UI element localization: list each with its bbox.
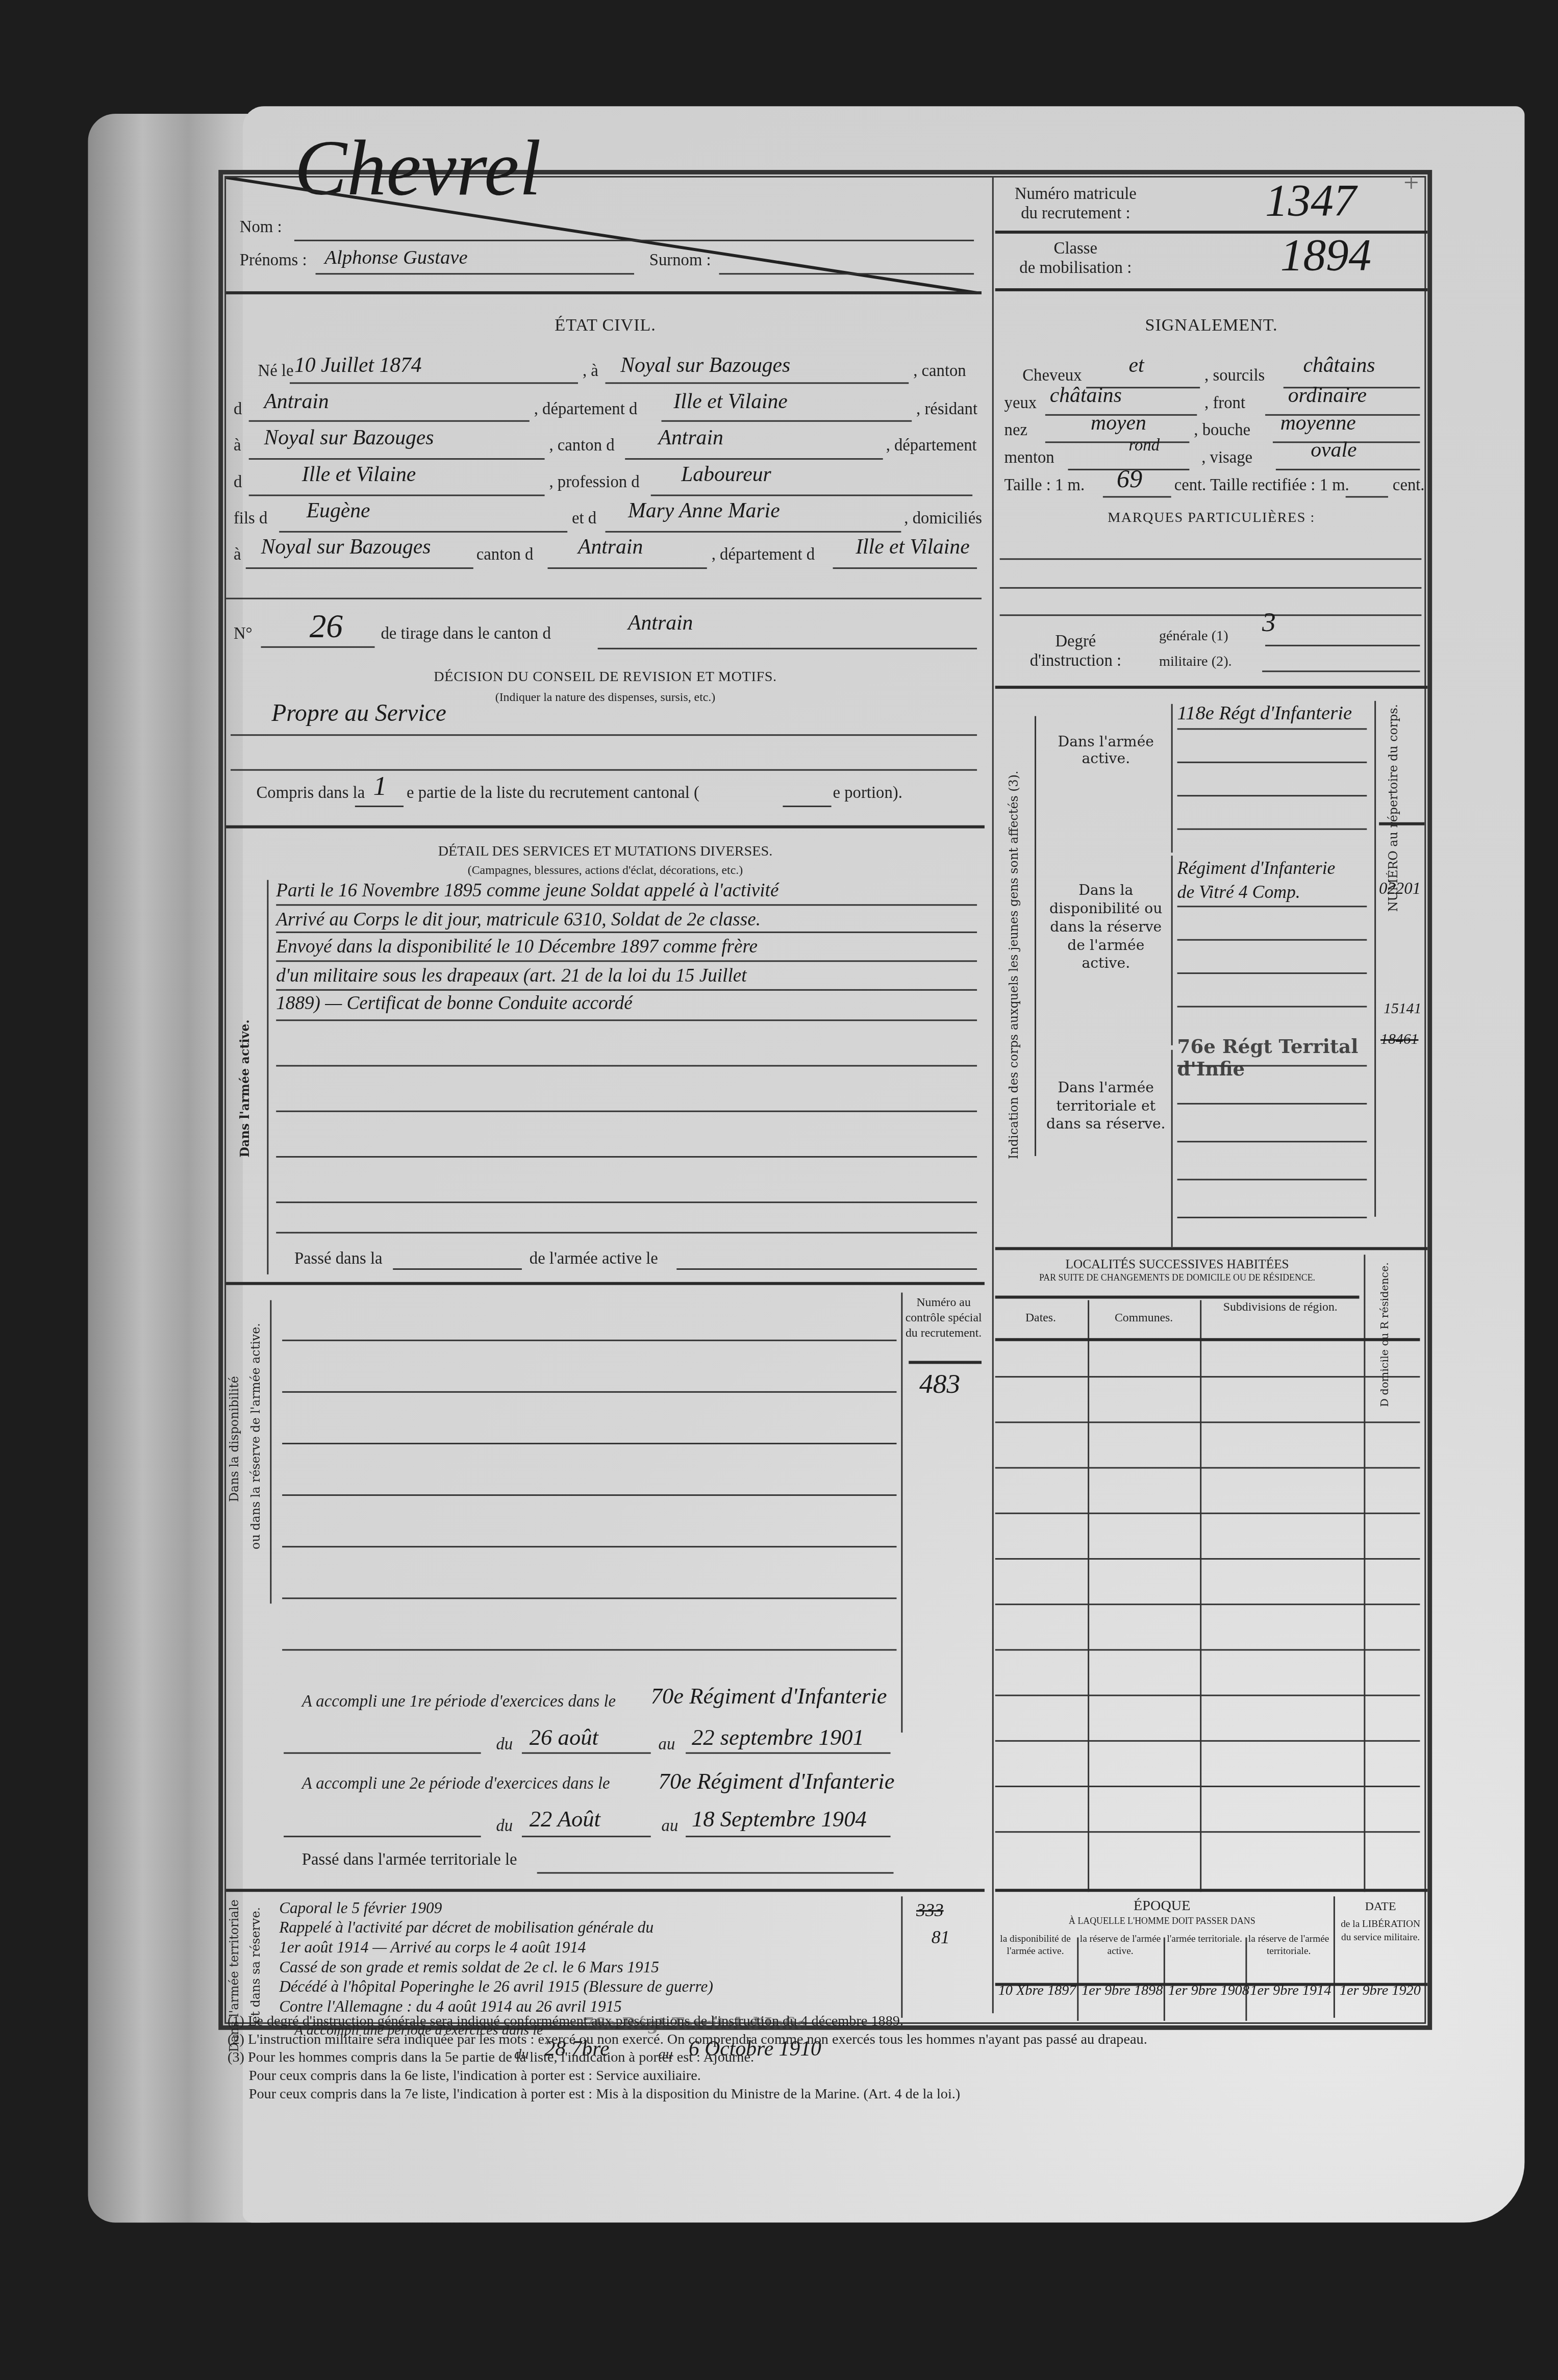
line — [1177, 795, 1367, 796]
epoque-subtitle: À LAQUELLE L'HOMME DOIT PASSER DANS — [995, 1918, 1329, 1927]
bracket — [1035, 716, 1036, 1156]
line — [276, 1065, 977, 1067]
periode2-unit[interactable]: 70e Régiment d'Infanterie — [659, 1766, 917, 1800]
line — [276, 904, 977, 906]
passe-territoriale-label: Passé dans l'armée territoriale le — [302, 1851, 517, 1869]
line — [1000, 614, 1422, 616]
line — [662, 420, 912, 422]
epoque-value-disponibilite[interactable]: 10 Xbre 1897 — [998, 1985, 1076, 2000]
line — [276, 1111, 977, 1112]
line — [1177, 1217, 1367, 1218]
line — [261, 646, 374, 648]
line — [537, 1872, 894, 1874]
line — [1177, 1103, 1367, 1105]
line — [1262, 670, 1420, 672]
line — [1265, 645, 1420, 646]
surnom-label: Surnom : — [649, 252, 711, 270]
line — [284, 1752, 481, 1754]
service-line: Décédé à l'hôpital Poperinghe le 26 avri… — [279, 1978, 901, 1998]
divider — [226, 1282, 985, 1285]
line — [1177, 762, 1367, 763]
departement-label: , département d — [534, 400, 638, 419]
line — [686, 1836, 890, 1837]
controle-label: Numéro au contrôle spécial du recrutemen… — [904, 1296, 983, 1341]
a-label: , à — [583, 363, 598, 381]
parents-residence[interactable]: Noyal sur Bazouges — [261, 537, 431, 562]
line — [282, 1597, 896, 1599]
divider — [226, 825, 985, 829]
ne-le-label: Né le — [258, 363, 294, 381]
divider — [909, 1361, 982, 1364]
bouche-value[interactable]: moyenne — [1280, 413, 1356, 437]
line — [522, 1836, 651, 1837]
bracket — [267, 880, 268, 1274]
bouche-label: , bouche — [1194, 422, 1250, 440]
line — [284, 1836, 481, 1837]
localites-row — [995, 1649, 1420, 1650]
line — [1177, 1141, 1367, 1142]
line — [1103, 496, 1171, 497]
divider — [226, 598, 982, 599]
service-line: d'un militaire sous les drapeaux (art. 2… — [276, 961, 989, 989]
instruction-label: Degré d'instruction : — [1008, 633, 1144, 672]
footnote: Pour ceux compris dans la 7e liste, l'in… — [228, 2086, 1441, 2105]
line — [1346, 496, 1388, 497]
epoque-col-reserve-active: la réserve de l'armée active. — [1078, 1934, 1162, 1959]
classe-label: Classe de mobilisation : — [1000, 240, 1151, 279]
localites-row — [995, 1831, 1420, 1833]
tirage-label: de tirage dans le canton d — [381, 625, 550, 643]
divider — [1379, 822, 1424, 825]
father-name[interactable]: Eugène — [307, 500, 370, 525]
service-line: Caporal le 5 février 1909 — [279, 1899, 901, 1919]
tirage-no-label: N° — [234, 625, 253, 643]
departement-label: , département — [886, 437, 977, 455]
canton-label: , canton — [913, 363, 966, 381]
residant-label: , résidant — [916, 400, 977, 419]
column-divider — [1200, 1300, 1201, 1892]
divider — [995, 1338, 1420, 1341]
prenoms-value[interactable]: Alphonse Gustave — [324, 246, 467, 270]
cheveux-value[interactable]: et — [1128, 355, 1144, 380]
matricule-value[interactable]: 1347 — [1265, 176, 1356, 228]
epoque-col-disponibilite: la disponibilité de l'armée active. — [995, 1934, 1076, 1959]
nez-value[interactable]: moyen — [1091, 413, 1146, 437]
epoque-value-territoriale[interactable]: 1er 9bre 1908 — [1168, 1985, 1249, 2000]
bracket — [270, 1300, 271, 1604]
disponibilite-side-label-1: Dans la disponibilité — [228, 1376, 241, 1502]
line — [276, 960, 977, 962]
footnote: (1) Le degré d'instruction générale sera… — [228, 2013, 1441, 2032]
service-line: Envoyé dans la disponibilité le 10 Décem… — [276, 933, 989, 961]
menton-label: menton — [1004, 449, 1054, 467]
generale-label: générale (1) — [1159, 630, 1228, 645]
corps-side-label: Indication des corps auxquels les jeunes… — [1008, 704, 1021, 1159]
divider — [226, 1889, 985, 1892]
periode2-from[interactable]: 22 Août — [530, 1809, 600, 1835]
line — [276, 989, 977, 991]
birthplace[interactable]: Noyal sur Bazouges — [620, 355, 790, 380]
departement-label: , département d — [712, 546, 815, 565]
du-label: du — [496, 1736, 513, 1754]
footnote: Pour ceux compris dans la 6e liste, l'in… — [228, 2068, 1441, 2086]
sourcils-value[interactable]: châtains — [1303, 355, 1375, 380]
column-divider — [1088, 1300, 1089, 1892]
surnom-line — [719, 273, 974, 274]
localites-row — [995, 1604, 1420, 1605]
front-label: , front — [1204, 394, 1245, 413]
visage-value[interactable]: ovale — [1311, 440, 1356, 464]
line — [393, 1268, 522, 1270]
taille-rectifiee-label: cent. Taille rectifiée : 1 m. — [1174, 477, 1349, 495]
line — [1177, 728, 1367, 730]
sourcils-label: , sourcils — [1204, 367, 1265, 386]
epoque-value-reserve-territoriale[interactable]: 1er 9bre 1914 — [1250, 1985, 1331, 2000]
residence[interactable]: Noyal sur Bazouges — [264, 428, 434, 453]
yeux-value[interactable]: châtains — [1050, 385, 1122, 410]
corps-line: Régiment d'Infanterie — [1177, 856, 1336, 880]
decision-title: DÉCISION DU CONSEIL DE REVISION ET MOTIF… — [226, 670, 985, 686]
service-line: 1889) — Certificat de bonne Conduite acc… — [276, 989, 989, 1017]
parents-canton[interactable]: Antrain — [578, 537, 643, 562]
classe-value[interactable]: 1894 — [1280, 231, 1371, 282]
line — [686, 1752, 890, 1754]
birth-canton[interactable]: Antrain — [264, 391, 329, 416]
d-label: d — [234, 473, 242, 492]
marques-title: MARQUES PARTICULIÈRES : — [995, 511, 1428, 527]
line — [279, 531, 567, 533]
canton-label: , canton d — [549, 437, 614, 455]
divider — [226, 291, 982, 294]
line — [1177, 1179, 1367, 1181]
localites-subtitle: PAR SUITE DE CHANGEMENTS DE DOMICILE OU … — [995, 1274, 1360, 1284]
parents-departement[interactable]: Ille et Vilaine — [856, 537, 969, 562]
line — [282, 1494, 896, 1496]
line — [598, 648, 977, 649]
canton-d-label: d — [234, 400, 242, 419]
localites-row — [995, 1695, 1420, 1696]
matricule-label: Numéro matricule du recrutement : — [1000, 185, 1151, 224]
line — [249, 458, 545, 460]
nom-line — [294, 240, 974, 241]
line — [625, 458, 883, 460]
territoriale-entries[interactable]: Caporal le 5 février 1909 Rappelé à l'ac… — [279, 1899, 901, 2018]
profession[interactable]: Laboureur — [681, 464, 771, 489]
yeux-label: yeux — [1004, 394, 1037, 413]
corps-line: de Vitré 4 Comp. — [1177, 880, 1336, 905]
line — [249, 494, 545, 496]
disponibilite-side-label-2: ou dans la réserve de l'armée active. — [249, 1323, 263, 1549]
line — [1177, 1065, 1367, 1067]
footnote: (2) L'instruction militaire sera indiqué… — [228, 2032, 1441, 2050]
passe-label: Passé dans la — [294, 1250, 383, 1268]
birth-departement[interactable]: Ille et Vilaine — [673, 391, 787, 416]
active-side-label: Dans l'armée active. — [237, 1019, 252, 1157]
line — [231, 734, 977, 736]
territoriale-side-label-2: et dans sa réserve. — [249, 1907, 263, 2023]
corps-territoriale-numero-struck: 18461 — [1380, 1032, 1418, 1048]
tirage-number[interactable]: 26 — [310, 607, 343, 646]
corps-territoriale-numero[interactable]: 15141 — [1384, 1001, 1421, 1018]
line — [249, 420, 530, 422]
compris-suffix: e partie de la liste du recrutement cant… — [407, 784, 699, 803]
localites-col-communes: Communes. — [1091, 1311, 1197, 1324]
epoque-col-territoriale: l'armée territoriale. — [1165, 1934, 1244, 1946]
divider — [995, 288, 1428, 291]
nom-label: Nom : — [240, 218, 282, 237]
bracket — [1171, 704, 1173, 853]
localites-col-dr: D domicile ou R résidence. — [1379, 1262, 1391, 1407]
line — [282, 1443, 896, 1444]
line — [651, 494, 972, 496]
corps-active-value[interactable]: 118e Régt d'Infanterie — [1177, 701, 1352, 725]
liberation-value[interactable]: 1er 9bre 1920 — [1340, 1985, 1421, 2000]
footnotes: (1) Le degré d'instruction générale sera… — [228, 2013, 1441, 2104]
line — [1177, 972, 1367, 974]
militaire-label: militaire (2). — [1159, 656, 1232, 671]
localites-title: LOCALITÉS SUCCESSIVES HABITÉES — [995, 1256, 1360, 1271]
line — [1177, 829, 1367, 830]
line — [783, 806, 831, 807]
birth-date[interactable]: 10 Juillet 1874 — [294, 355, 422, 380]
decision-value[interactable]: Propre au Service — [271, 701, 446, 729]
line — [282, 1340, 896, 1341]
column-divider — [901, 1896, 902, 2018]
epoque-col-reserve-territoriale: la réserve de l'armée territoriale. — [1247, 1934, 1330, 1959]
bracket — [1171, 1050, 1173, 1247]
line — [290, 382, 578, 384]
localites-row — [995, 1786, 1420, 1787]
localites-row — [995, 1558, 1420, 1560]
au-label: au — [662, 1817, 679, 1836]
compris-value[interactable]: 1 — [373, 771, 387, 803]
line — [606, 531, 901, 533]
du-label: du — [496, 1817, 513, 1836]
fils-label: fils d — [234, 510, 267, 528]
localites-row — [995, 1467, 1420, 1469]
line — [282, 1546, 896, 1547]
service-line: 1er août 1914 — Arrivé au corps le 4 aoû… — [279, 1939, 901, 1959]
line — [355, 806, 404, 807]
line — [676, 1268, 977, 1270]
corner-mark: + — [1402, 167, 1420, 198]
corps-row-label-territoriale: Dans l'armée territoriale et dans sa rés… — [1045, 1080, 1167, 1135]
instruction-generale-value[interactable]: 3 — [1262, 607, 1276, 638]
line — [282, 1649, 896, 1650]
corps-disponibilite-value[interactable]: Régiment d'Infanterie de Vitré 4 Comp. — [1177, 856, 1336, 904]
menton-value[interactable]: rond — [1128, 437, 1160, 455]
divider — [995, 1296, 1360, 1299]
military-record-form: Chevrel Nom : Prénoms : Alphonse Gustave… — [218, 170, 1432, 2030]
periode2-to[interactable]: 18 Septembre 1904 — [692, 1809, 867, 1835]
line — [1000, 587, 1422, 589]
visage-label: , visage — [1201, 449, 1252, 467]
line — [276, 1232, 977, 1234]
corps-row-label-disponibilite: Dans la disponibilité ou dans la réserve… — [1045, 883, 1167, 974]
periode1-unit[interactable]: 70e Régiment d'Infanterie — [651, 1681, 909, 1716]
localites-row — [995, 1740, 1420, 1742]
periode1-from[interactable]: 26 août — [530, 1726, 598, 1752]
residence-departement[interactable]: Ille et Vilaine — [302, 464, 416, 489]
nez-label: nez — [1004, 422, 1027, 440]
compris-label: Compris dans la — [257, 784, 365, 803]
etat-civil-title: ÉTAT CIVIL. — [226, 317, 985, 336]
profession-label: , profession d — [549, 473, 639, 492]
domicilies-label: , domiciliés — [904, 510, 982, 528]
localites-col-subdivisions: Subdivisions de région. — [1204, 1300, 1356, 1314]
periode2-label: A accompli une 2e période d'exercices da… — [302, 1775, 610, 1793]
line — [276, 1019, 977, 1021]
localites-row — [995, 1513, 1420, 1514]
line — [231, 769, 977, 771]
tirage-canton[interactable]: Antrain — [628, 613, 693, 637]
portion-suffix: e portion). — [833, 784, 902, 803]
periode1-label: A accompli une 1re période d'exercices d… — [302, 1693, 616, 1712]
active-service-entries[interactable]: Parti le 16 Novembre 1895 comme jeune So… — [276, 877, 989, 1017]
prenoms-label: Prénoms : — [240, 252, 307, 270]
signalement-title: SIGNALEMENT. — [995, 317, 1428, 336]
canton-label: canton d — [476, 546, 534, 565]
taille-label: Taille : 1 m. — [1004, 477, 1085, 495]
liberation-label: de la LIBÉRATION du service militaire. — [1337, 1918, 1424, 1945]
column-divider — [1374, 701, 1376, 1217]
column-divider — [992, 178, 994, 2013]
column-divider — [1364, 1255, 1365, 1892]
line — [1045, 441, 1190, 443]
line — [276, 1156, 977, 1158]
epoque-title: ÉPOQUE — [995, 1899, 1329, 1915]
localites-col-dates: Dates. — [995, 1311, 1086, 1324]
service-line: Rappelé à l'activité par décret de mobil… — [279, 1919, 901, 1939]
line — [1177, 906, 1367, 907]
controle-value[interactable]: 483 — [919, 1368, 960, 1400]
divider — [995, 686, 1428, 689]
line — [276, 1201, 977, 1203]
divider — [995, 1889, 1428, 1892]
localites-row — [995, 1376, 1420, 1377]
line — [276, 932, 977, 933]
service-line: Parti le 16 Novembre 1895 comme jeune So… — [276, 877, 989, 905]
a-label: à — [234, 437, 241, 455]
line — [282, 1391, 896, 1393]
column-divider — [1164, 1937, 1165, 2021]
line — [522, 1752, 651, 1754]
territoriale-numero[interactable]: 81 — [932, 1927, 950, 1950]
column-divider — [901, 1293, 902, 1733]
service-line: Cassé de son grade et remis soldat de 2e… — [279, 1959, 901, 1978]
cheveux-label: Cheveux — [1022, 367, 1082, 386]
line — [1177, 939, 1367, 941]
et-label: et d — [572, 510, 596, 528]
territoriale-numero-struck: 333 — [916, 1899, 944, 1922]
au-label: au — [659, 1736, 675, 1754]
line — [1276, 469, 1420, 470]
line — [548, 567, 707, 569]
column-divider — [1334, 1896, 1335, 2018]
taille-value[interactable]: 69 — [1117, 464, 1143, 494]
line — [606, 382, 909, 384]
line — [1000, 558, 1422, 560]
divider — [995, 1247, 1428, 1250]
services-subtitle: (Campagnes, blessures, actions d'éclat, … — [226, 863, 985, 877]
line — [1177, 1006, 1367, 1008]
front-value[interactable]: ordinaire — [1288, 385, 1367, 410]
mother-name[interactable]: Mary Anne Marie — [628, 500, 780, 525]
periode1-to[interactable]: 22 septembre 1901 — [692, 1726, 864, 1752]
scan-background: Chevrel Nom : Prénoms : Alphonse Gustave… — [0, 0, 1558, 2380]
prenoms-line — [316, 273, 634, 274]
service-line: Arrivé au Corps le dit jour, matricule 6… — [276, 905, 989, 933]
corps-row-label-active: Dans l'armée active. — [1045, 734, 1167, 767]
footnote: (3) Pour les hommes compris dans la 5e p… — [228, 2049, 1441, 2068]
epoque-value-reserve-active[interactable]: 1er 9bre 1898 — [1082, 1985, 1163, 2000]
cent-label: cent. — [1393, 477, 1425, 495]
residence-canton[interactable]: Antrain — [659, 428, 723, 453]
passe-armee-active-label: de l'armée active le — [530, 1250, 658, 1268]
liberation-title: DATE — [1337, 1899, 1424, 1913]
strike-diagonal — [226, 178, 985, 299]
corps-disponibilite-numero[interactable]: 02201 — [1379, 880, 1421, 898]
line — [833, 567, 977, 569]
localites-row — [995, 1421, 1420, 1423]
a-label: à — [234, 546, 241, 565]
line — [246, 567, 473, 569]
services-title: DÉTAIL DES SERVICES ET MUTATIONS DIVERSE… — [226, 845, 985, 860]
bracket — [1171, 856, 1173, 1045]
